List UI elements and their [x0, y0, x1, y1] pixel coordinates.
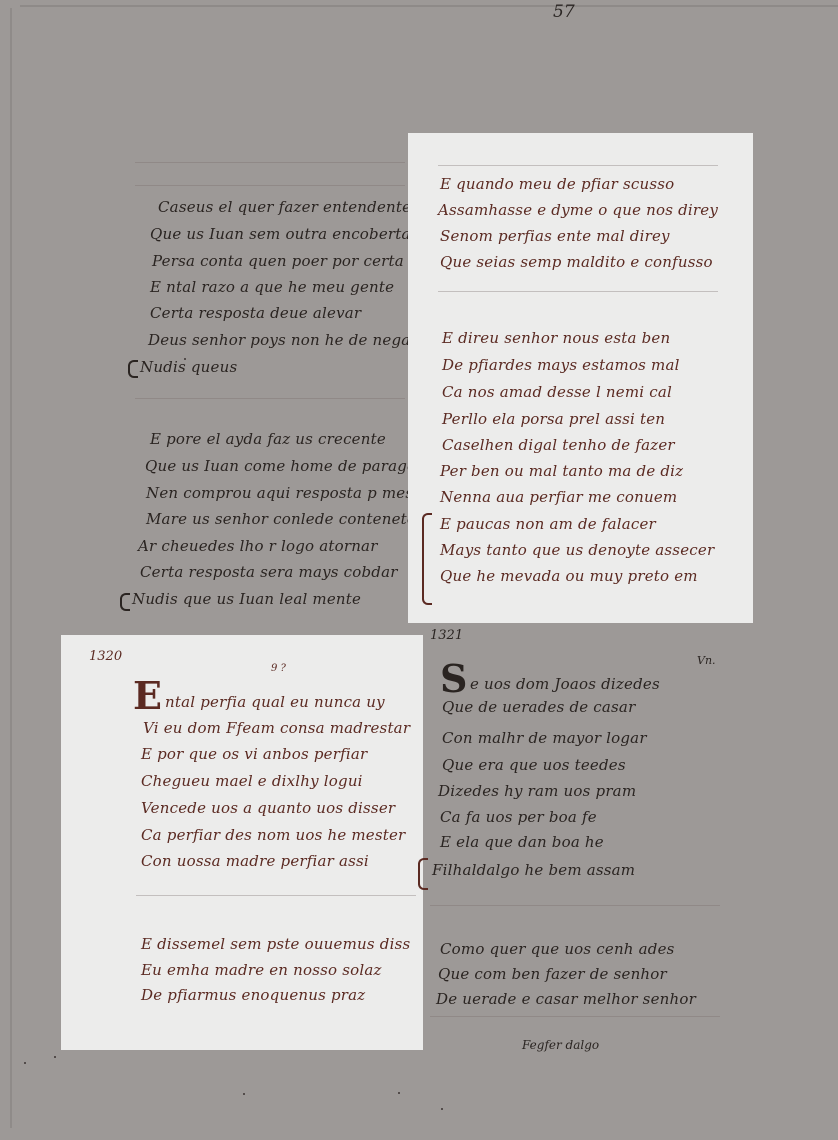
refrain-bracket	[128, 360, 138, 378]
verse-line: Que de uerades de casar	[442, 698, 635, 716]
speck	[243, 1093, 245, 1095]
verse-line: Per ben ou mal tanto ma de diz	[440, 462, 683, 480]
verse-line: Que seias semp maldito e confusso	[440, 253, 713, 271]
speck	[441, 1108, 443, 1110]
verse-line: E ntal razo a que he meu gente	[150, 278, 394, 296]
folio-number: 57	[553, 2, 575, 22]
drop-cap: E	[133, 677, 162, 715]
marginal-note: Vn.	[697, 654, 716, 667]
verse-line: Con malhr de mayor logar	[442, 729, 647, 747]
refrain-bracket	[120, 593, 130, 611]
verse-line: Vencede uos a quanto uos disser	[141, 799, 395, 817]
verse-line: Ca perfiar des nom uos he mester	[141, 826, 405, 844]
ruling-line	[430, 1016, 720, 1017]
verse-line: Que us Iuan come home de parage	[145, 457, 416, 475]
drop-cap: S	[440, 660, 467, 698]
verse-line: Caselhen digal tenho de fazer	[442, 436, 675, 454]
verse-line: Que era que uos teedes	[442, 756, 626, 774]
poem-number: 1321	[430, 628, 463, 643]
verse-line: De pfiardes mays estamos mal	[442, 356, 680, 374]
refrain-bracket	[422, 513, 432, 605]
verse-line: Senom perfias ente mal direy	[440, 227, 670, 245]
verse-line: Dizedes hy ram uos pram	[438, 782, 636, 800]
verse-line: E por que os vi anbos perfiar	[141, 745, 367, 763]
verse-line: Ar cheuedes lho r logo atornar	[138, 537, 378, 555]
verse-line: Ca fa uos per boa fe	[440, 808, 597, 826]
verse-line: Mays tanto que us denoyte assecer	[440, 541, 714, 559]
verse-line: Que com ben fazer de senhor	[438, 965, 667, 983]
verse-line: Certa resposta sera mays cobdar	[140, 563, 398, 581]
verse-line: Eu emha madre en nosso solaz	[141, 961, 382, 979]
verse-line: Chegueu mael e dixlhy logui	[141, 772, 363, 790]
verse-line: Nen comprou aqui resposta p mesage	[146, 484, 441, 502]
verse-line: Persa conta quen poer por certa	[152, 252, 404, 270]
page-edge-left	[10, 8, 12, 1128]
verse-line: Perllo ela porsa prel assi ten	[442, 410, 665, 428]
verse-line: Ca nos amad desse l nemi cal	[442, 383, 672, 401]
verse-line: Nenna aua perfiar me conuem	[440, 488, 677, 506]
verse-line: Que he mevada ou muy preto em	[440, 567, 698, 585]
refrain-line: Nudis queus	[140, 358, 237, 376]
verse-line: De pfiarmus enoquenus praz	[141, 986, 365, 1004]
refrain-bracket	[418, 858, 428, 890]
verse-line: Vi eu dom Ffeam consa madrestar	[143, 719, 410, 737]
speck	[24, 1062, 26, 1064]
verse-line: Como quer que uos cenh ades	[440, 940, 675, 958]
speck	[398, 1092, 400, 1094]
verse-line: E quando meu de pfiar scusso	[440, 175, 674, 193]
ruling-line	[438, 291, 718, 292]
verse-line: E direu senhor nous esta ben	[442, 329, 670, 347]
page-edge-top	[20, 5, 838, 7]
ruling-line	[135, 162, 405, 163]
verse-line: Que us Iuan sem outra encoberta	[150, 225, 411, 243]
ruling-line	[136, 895, 416, 896]
verse-line: De uerade e casar melhor senhor	[436, 990, 696, 1008]
verse-line: e uos dom Joaos dizedes	[470, 675, 660, 693]
verse-line: Certa resposta deue alevar	[150, 304, 361, 322]
verse-line: Assamhasse e dyme o que nos direy	[438, 201, 718, 219]
verse-line: Deus senhor poys non he de negar	[148, 331, 418, 349]
verse-line: Caseus el quer fazer entendente	[158, 198, 411, 216]
poem-number: 1320	[89, 649, 122, 664]
ruling-line	[438, 165, 718, 166]
speck	[54, 1056, 56, 1058]
verse-line: Con uossa madre perfiar assi	[141, 852, 369, 870]
verse-line: E dissemel sem pste ouuemus diss	[141, 935, 410, 953]
marginal-note: 9 ?	[271, 663, 286, 674]
ruling-line	[135, 398, 405, 399]
ruling-line	[430, 905, 720, 906]
signature: Fegfer dalgo	[522, 1038, 599, 1052]
verse-line: E ela que dan boa he	[440, 833, 604, 851]
poem-bottom-left-panel: 1320 9 ? E ntal perfia qual eu nunca uy …	[61, 635, 423, 1050]
poem-top-right-panel: E quando meu de pfiar scusso Assamhasse …	[408, 133, 753, 623]
speck	[184, 358, 186, 360]
verse-line: Mare us senhor conlede contenete	[146, 510, 416, 528]
verse-line: E pore el ayda faz us crecente	[150, 430, 386, 448]
verse-line: Filhaldalgo he bem assam	[432, 861, 635, 879]
verse-line: ntal perfia qual eu nunca uy	[165, 693, 385, 711]
ruling-line	[135, 185, 405, 186]
refrain-line: Nudis que us Iuan leal mente	[132, 590, 361, 608]
verse-line: E paucas non am de falacer	[440, 515, 656, 533]
